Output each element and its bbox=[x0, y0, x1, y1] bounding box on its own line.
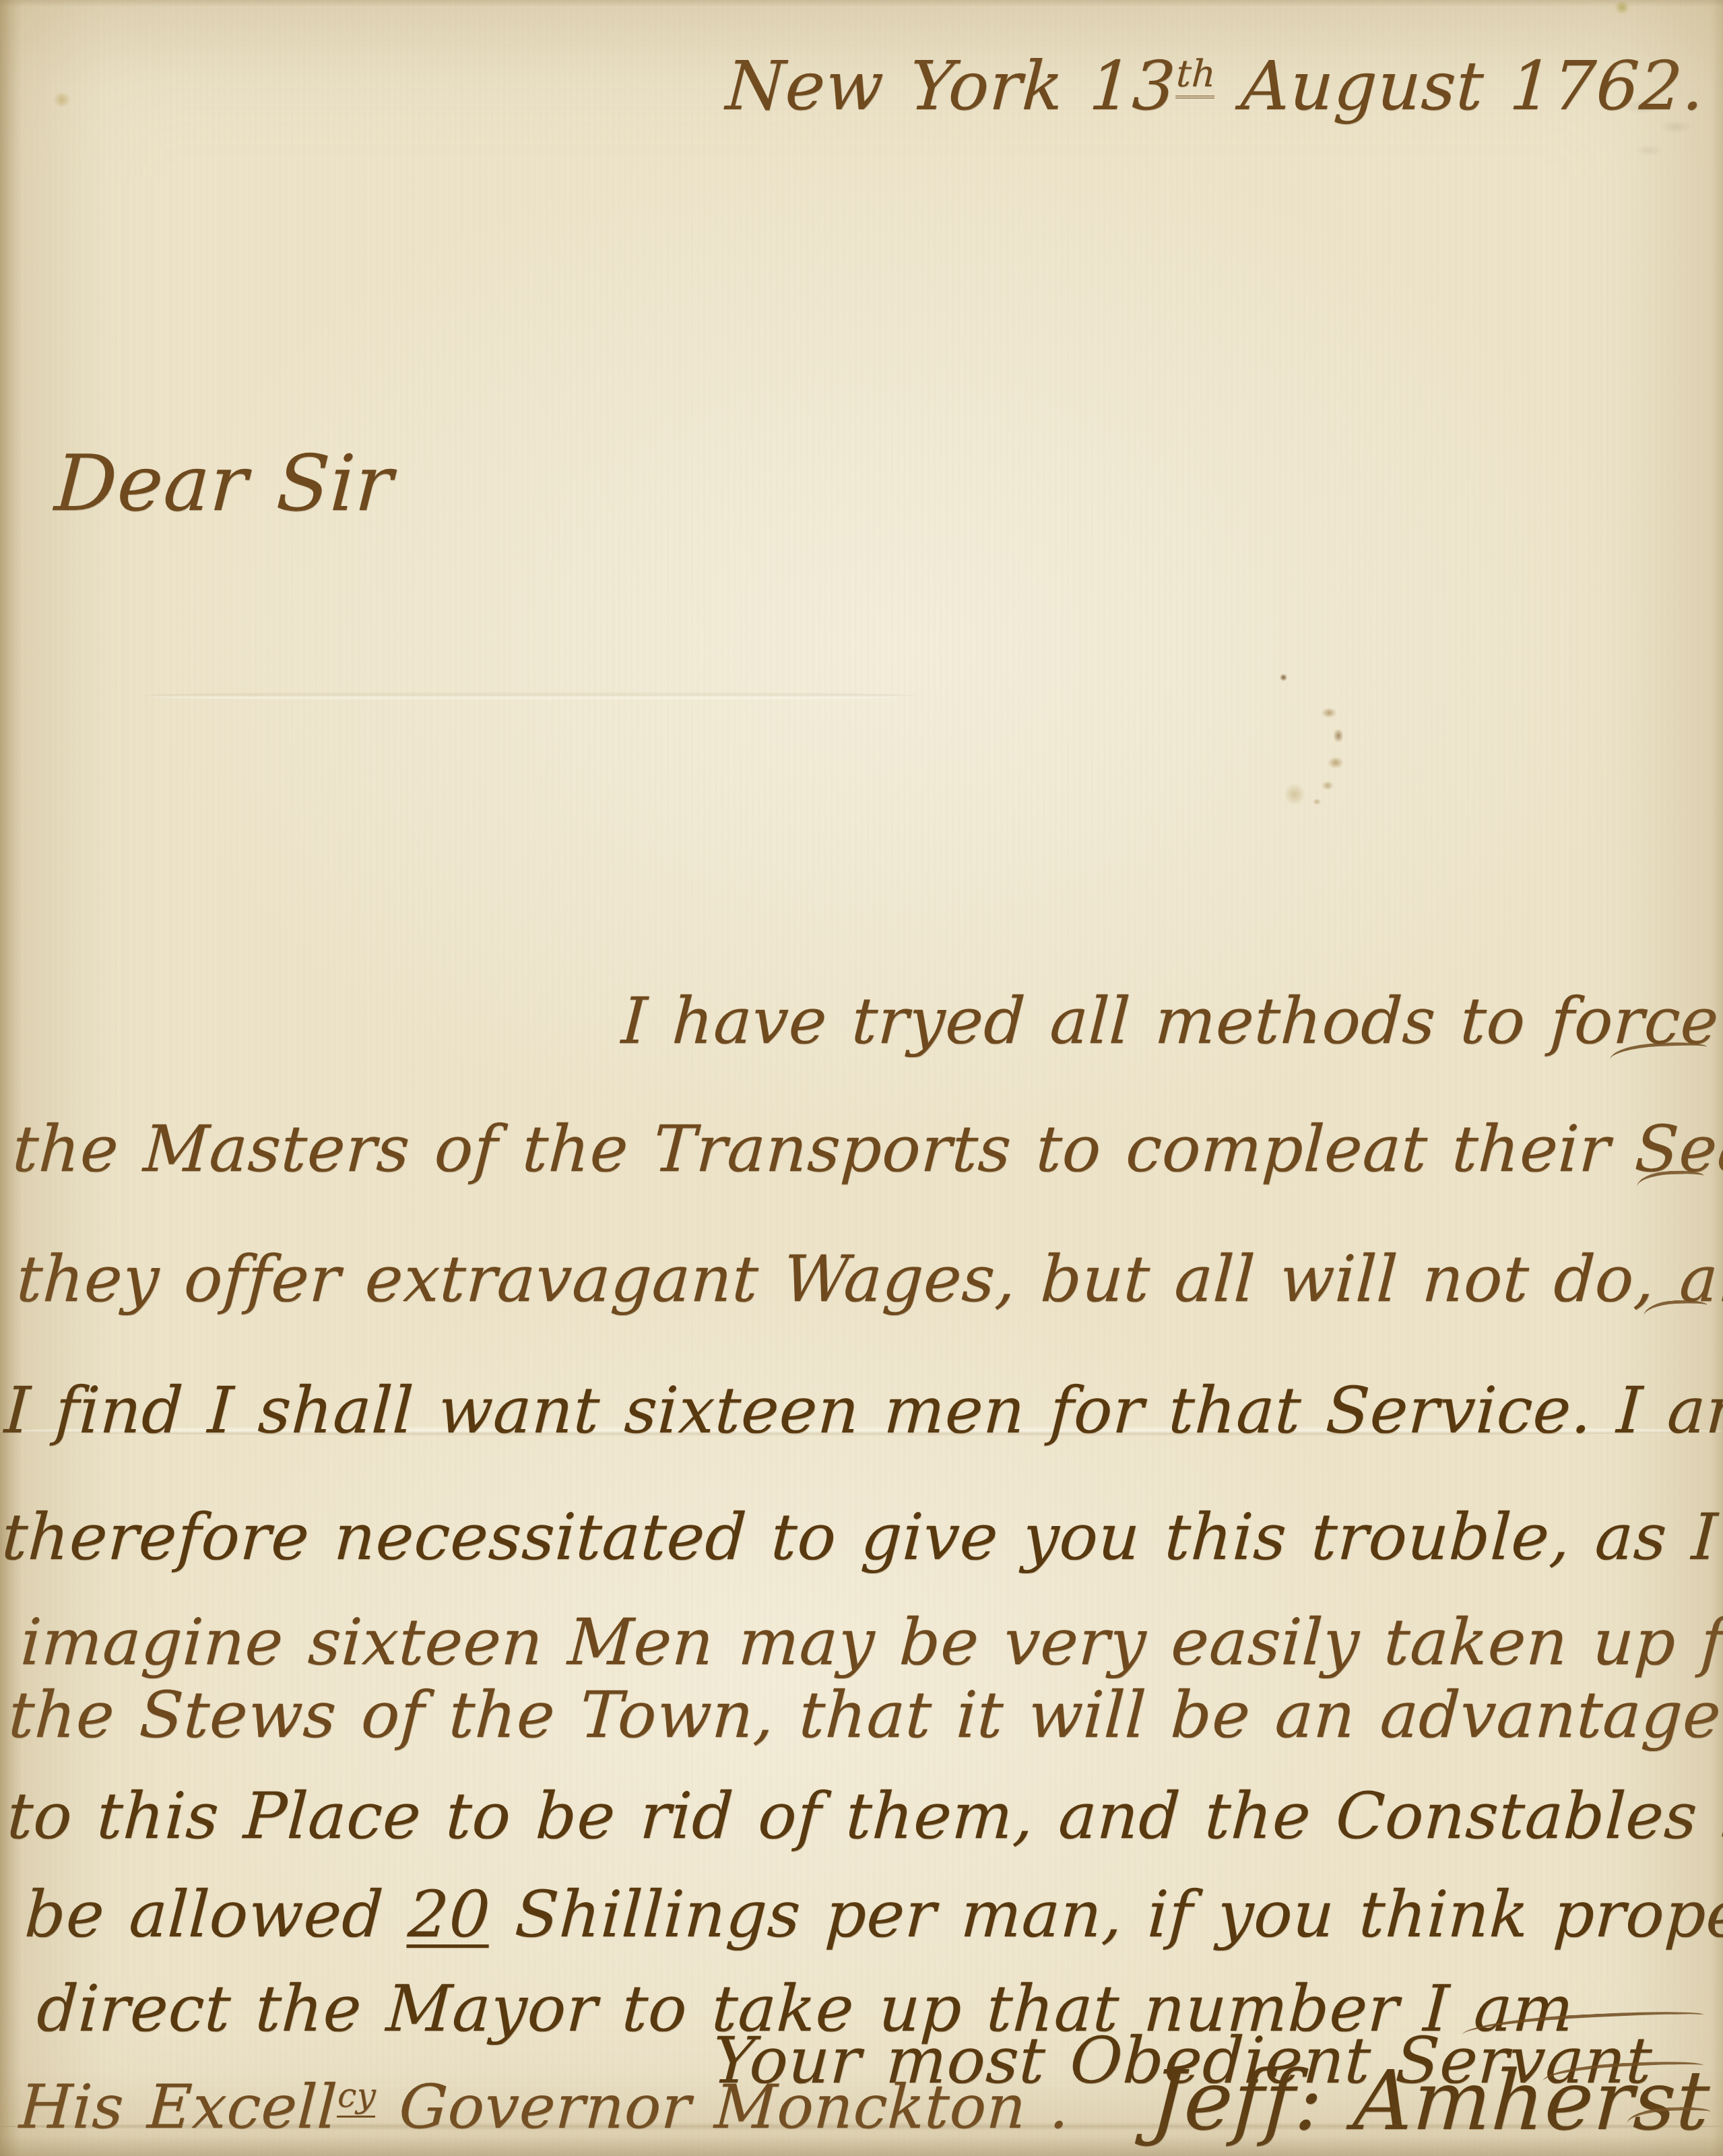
line9-prefix: be allowed bbox=[23, 1878, 410, 1952]
addressee-prefix: His Excell bbox=[18, 2072, 339, 2143]
body-line-8: to this Place to be rid of them, and the… bbox=[5, 1780, 1723, 1853]
body-line-7: the Stews of the Town, that it will be a… bbox=[7, 1679, 1723, 1752]
body-line-2: the Masters of the Transports to complea… bbox=[11, 1113, 1723, 1186]
line9-suffix: Shillings per man, if you think proper t… bbox=[488, 1878, 1723, 1952]
addressee-name: Governor Monckton . bbox=[374, 2072, 1072, 2143]
body-line-1: I have tryed all methods to force bbox=[620, 985, 1721, 1058]
shillings-amount-underlined: 20 bbox=[406, 1878, 492, 1952]
body-line-9: be allowed 20 Shillings per man, if you … bbox=[23, 1878, 1723, 1952]
addressee-abbrev-suffix: cy bbox=[337, 2076, 377, 2118]
body-line-6: imagine sixteen Men may be very easily t… bbox=[19, 1606, 1723, 1680]
salutation: Dear Sir bbox=[53, 439, 395, 528]
body-line-3: they offer extravagant Wages, but all wi… bbox=[15, 1243, 1723, 1317]
dateline-month-year: August 1762. bbox=[1213, 46, 1706, 125]
dateline: New York 13th August 1762. bbox=[724, 47, 1707, 125]
dateline-place-day: New York 13 bbox=[724, 46, 1178, 125]
signature: Jeff: Amherst bbox=[1148, 2054, 1712, 2148]
body-line-5: therefore necessitated to give you this … bbox=[0, 1501, 1720, 1575]
fold-crease-upper bbox=[141, 691, 916, 701]
page-top-edge-shadow bbox=[0, 0, 1723, 7]
ink-speck bbox=[1280, 674, 1287, 681]
paper-stain bbox=[1614, 1, 1630, 13]
dateline-ordinal-suffix: th bbox=[1175, 52, 1217, 98]
foxing-stain-cluster bbox=[1297, 701, 1371, 819]
paper-stain bbox=[53, 93, 71, 106]
paper-stain bbox=[1285, 783, 1304, 806]
letter-page: New York 13th August 1762. Dear Sir I ha… bbox=[0, 0, 1723, 2156]
body-line-4: I find I shall want sixteen men for that… bbox=[3, 1374, 1723, 1448]
addressee: His Excellcy Governor Monckton . bbox=[18, 2072, 1071, 2143]
